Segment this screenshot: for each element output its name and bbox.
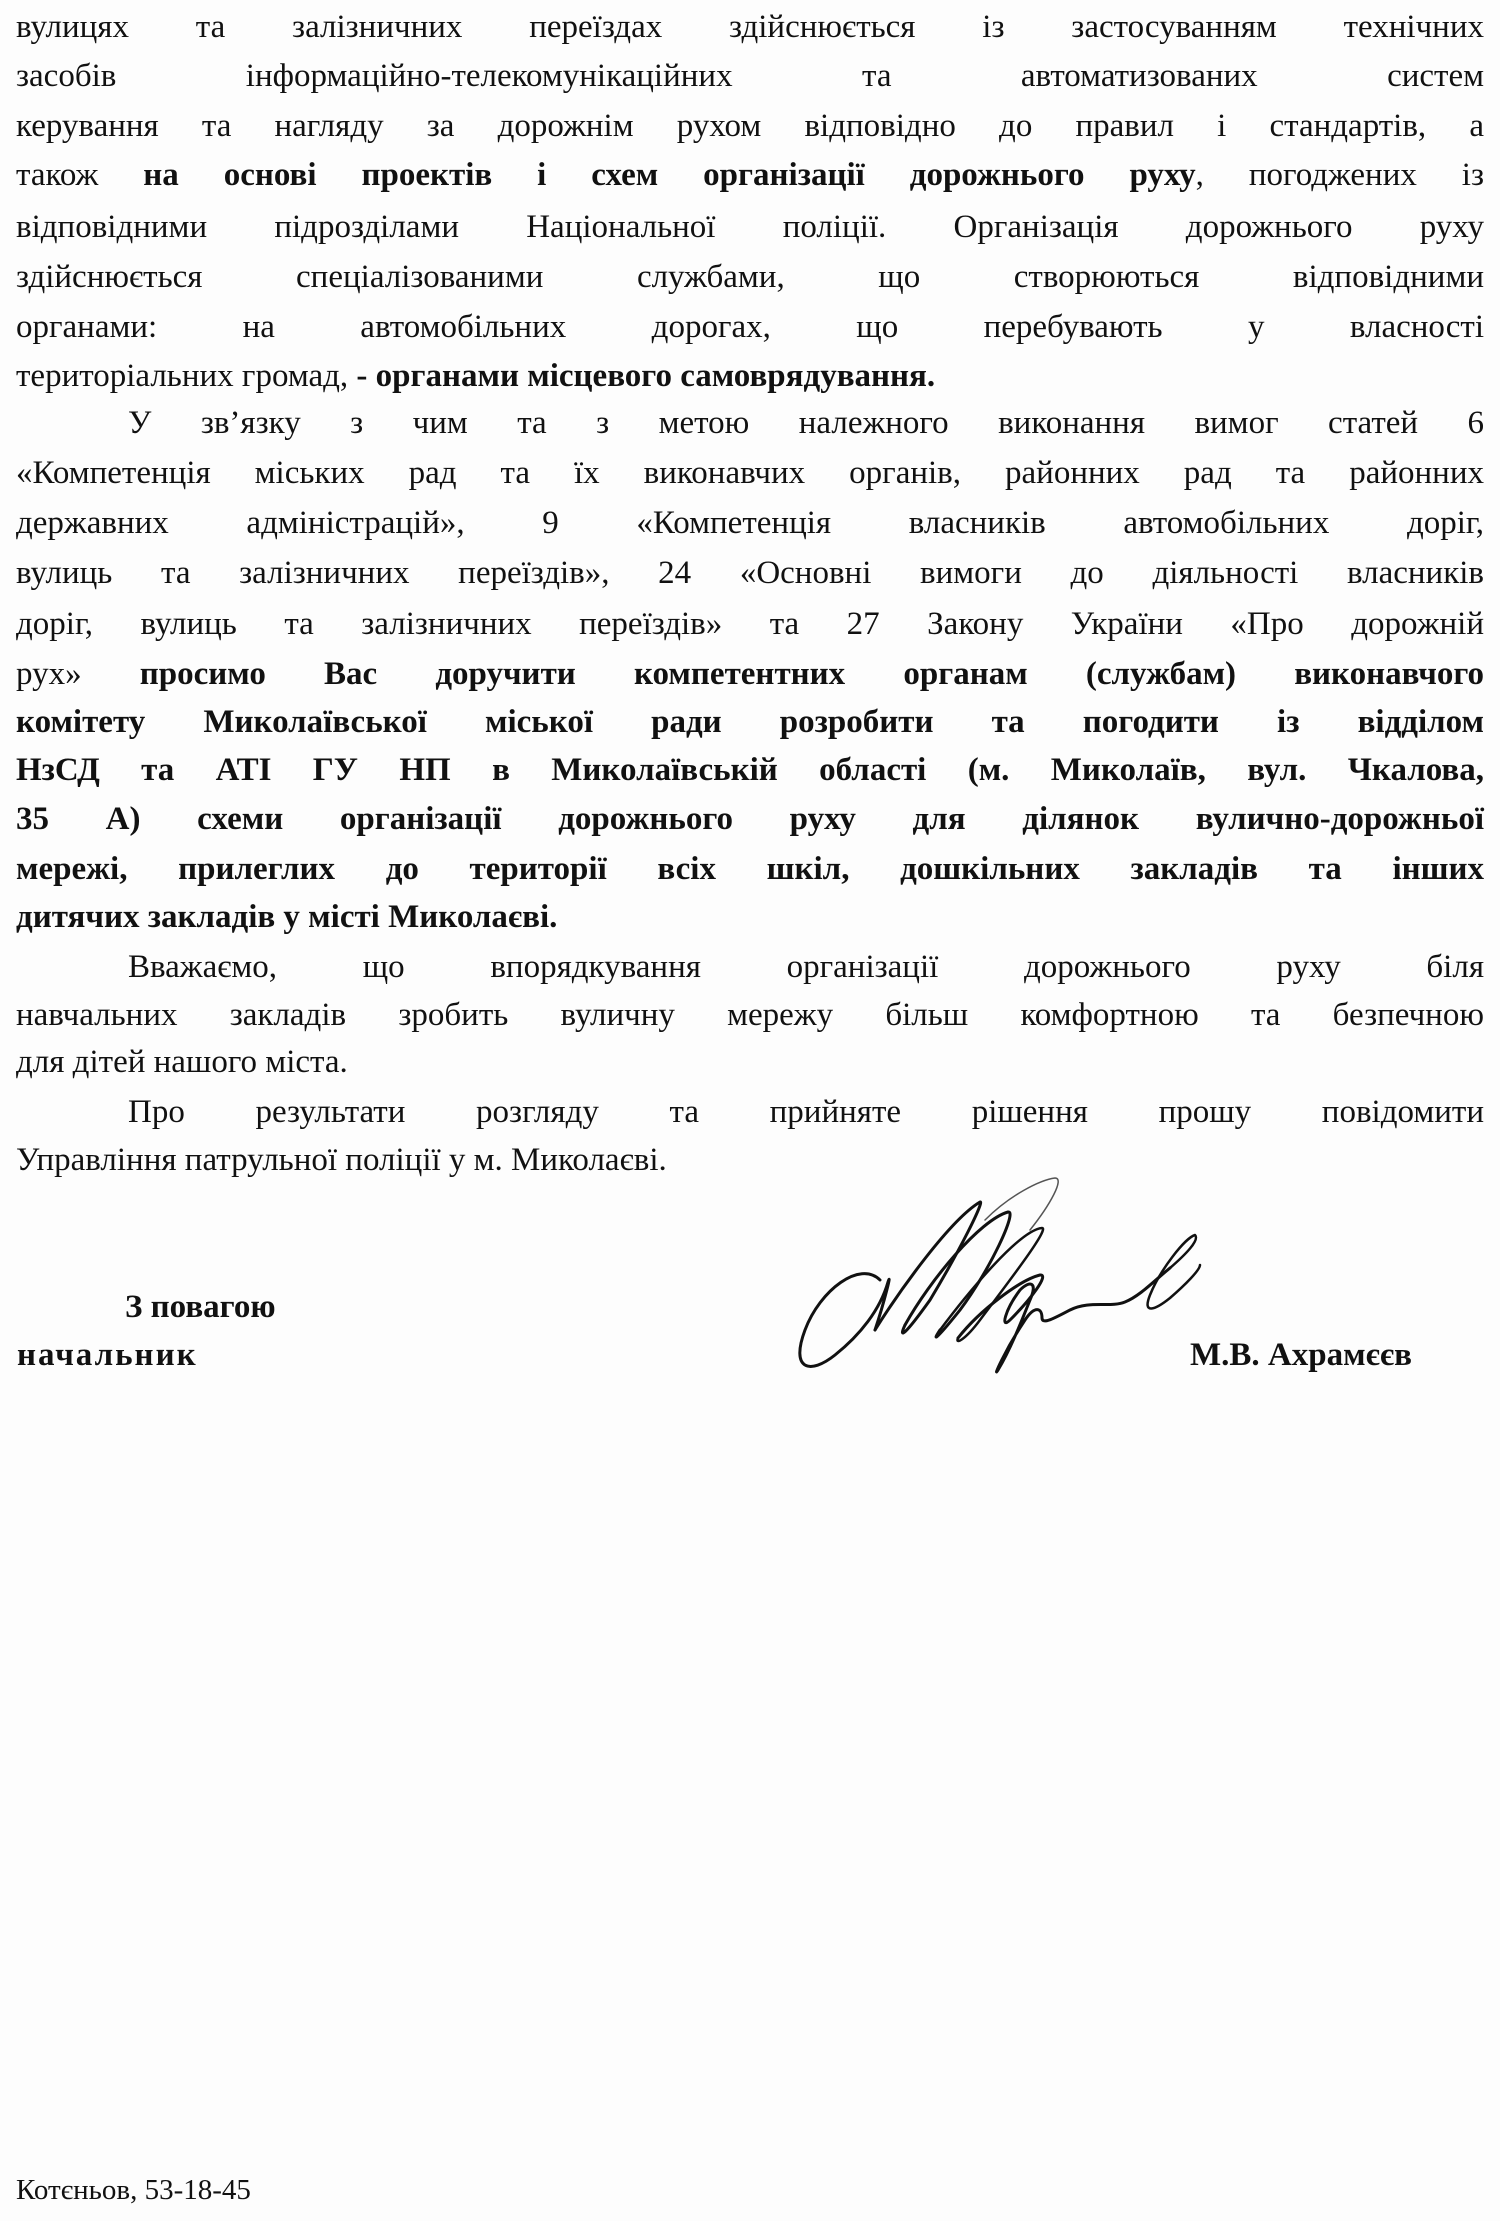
paragraph-3-line: Вважаємо, що впорядкування організації д… [128,947,1484,987]
paragraph-1-line: керування та нагляду за дорожнім рухом в… [16,106,1484,146]
paragraph-1-line: органами: на автомобільних дорогах, що п… [16,307,1484,347]
body-text: для дітей нашого міста. [16,1044,348,1080]
body-text: вулиць та залізничних переїздів», 24 «Ос… [16,555,1484,591]
bold-text: мережі, прилеглих до території всіх шкіл… [16,851,1484,887]
paragraph-2-line: комітету Миколаївської міської ради розр… [16,702,1484,742]
bold-text: комітету Миколаївської міської ради розр… [16,704,1484,740]
bold-text: - органами місцевого самоврядування. [356,358,935,394]
paragraph-2-line: 35 А) схеми організації дорожнього руху … [16,799,1484,839]
paragraph-1-line: відповідними підрозділами Національної п… [16,207,1484,247]
paragraph-2-line: рух» просимо Вас доручити компетентних о… [16,654,1484,694]
body-text: рух» [16,656,140,692]
bold-text: НзСД та АТІ ГУ НП в Миколаївській област… [16,752,1484,788]
paragraph-2-line: НзСД та АТІ ГУ НП в Миколаївській област… [16,750,1484,790]
body-text: У зв’язку з чим та з метою належного вик… [128,405,1484,441]
paragraph-2-line: вулиць та залізничних переїздів», 24 «Ос… [16,553,1484,593]
bold-text: просимо Вас доручити компетентних органа… [140,656,1484,692]
paragraph-4-line: Про результати розгляду та прийняте ріше… [128,1092,1484,1132]
body-text: доріг, вулиць та залізничних переїздів» … [16,606,1484,642]
paragraph-2-line: доріг, вулиць та залізничних переїздів» … [16,604,1484,644]
closing-salutation: З повагою [125,1287,276,1327]
body-text: засобів інформаційно-телекомунікаційних … [16,58,1484,94]
paragraph-2-line: дитячих закладів у місті Миколаєві. [16,897,1484,937]
document-page: вулицях та залізничних переїздах здійсню… [0,0,1500,2221]
paragraph-1-line: також на основі проектів і схем організа… [16,155,1484,195]
paragraph-4-line: Управління патрульної поліції у м. Микол… [16,1140,1484,1180]
body-text: «Компетенція міських рад та їх виконавчи… [16,455,1484,491]
bold-text: 35 А) схеми організації дорожнього руху … [16,801,1484,837]
body-text: здійснюється спеціалізованими службами, … [16,259,1484,295]
executor-contact: Котєньов, 53-18-45 [16,2173,251,2207]
paragraph-2-line: «Компетенція міських рад та їх виконавчи… [16,453,1484,493]
signatory-position: начальник [17,1335,198,1375]
body-text: відповідними підрозділами Національної п… [16,209,1484,245]
body-text: Вважаємо, що впорядкування організації д… [128,949,1484,985]
paragraph-2-line: мережі, прилеглих до території всіх шкіл… [16,849,1484,889]
paragraph-1-line: вулицях та залізничних переїздах здійсню… [16,7,1484,47]
body-text: , погоджених із [1196,157,1484,193]
body-text: Про результати розгляду та прийняте ріше… [128,1094,1484,1130]
body-text: керування та нагляду за дорожнім рухом в… [16,108,1484,144]
body-text: вулицях та залізничних переїздах здійсню… [16,9,1484,45]
signature-icon [780,1170,1230,1410]
bold-text: на основі проектів і схем організації до… [143,157,1195,193]
paragraph-2-line: У зв’язку з чим та з метою належного вик… [128,403,1484,443]
paragraph-2-line: державних адміністрацій», 9 «Компетенція… [16,503,1484,543]
body-text: навчальних закладів зробить вуличну мере… [16,997,1484,1033]
paragraph-1-line: здійснюється спеціалізованими службами, … [16,257,1484,297]
body-text: Управління патрульної поліції у м. Микол… [16,1142,667,1178]
paragraph-1-line: територіальних громад, - органами місцев… [16,356,1484,396]
paragraph-3-line: для дітей нашого міста. [16,1042,1484,1082]
paragraph-1-line: засобів інформаційно-телекомунікаційних … [16,56,1484,96]
body-text: територіальних громад, [16,358,356,394]
bold-text: дитячих закладів у місті Миколаєві. [16,899,557,935]
body-text: також [16,157,143,193]
body-text: державних адміністрацій», 9 «Компетенція… [16,505,1484,541]
body-text: органами: на автомобільних дорогах, що п… [16,309,1484,345]
paragraph-3-line: навчальних закладів зробить вуличну мере… [16,995,1484,1035]
